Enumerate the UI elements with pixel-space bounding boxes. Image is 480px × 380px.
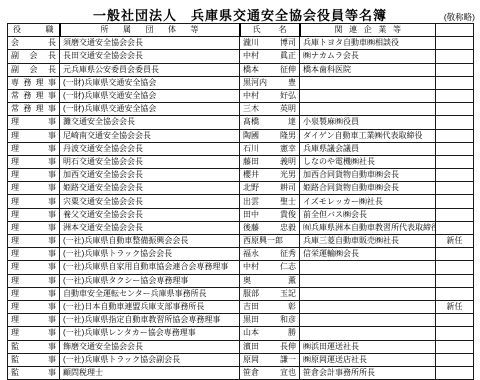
table-row: 専務理事 (一財)兵庫県交通安全協会 黒河内 豊 [8, 76, 474, 89]
roster-document: 一般社団法人 兵庫県交通安全協会役員等名簿 (敬称略) 役職 所属団体等 氏名 … [0, 0, 480, 380]
name-cell: 福永 征秀 [240, 248, 300, 261]
remark-cell [436, 195, 474, 208]
header-company: 関連企業等 [300, 24, 436, 37]
org-cell: 尼崎南交通安全協会会長 [60, 129, 240, 142]
role-cell: 理事 [8, 116, 60, 129]
remark-cell [436, 63, 474, 76]
remark-cell: 新任 [436, 300, 474, 313]
remark-cell [436, 76, 474, 89]
remark-cell [436, 274, 474, 287]
company-cell: イズモレッカー㈱社長 [300, 195, 436, 208]
name-cell: 濱田 長伸 [240, 340, 300, 353]
role-cell: 監事 [8, 366, 60, 379]
org-cell: 明石交通安全協会会長 [60, 155, 240, 168]
surname: 出雲 [243, 196, 259, 208]
company-cell: ㈲兵庫県洲本自動車教習所代表取締役 [300, 221, 436, 234]
officer-roster-table: 役職 所属団体等 氏名 関連企業等 会長 須磨交通安全協会会長 瀧川 博司 兵庫… [7, 23, 474, 380]
given-name: 憲幸 [280, 143, 296, 155]
header-name: 氏名 [240, 24, 300, 37]
org-cell: 元兵庫県公安委員会委員長 [60, 63, 240, 76]
company-cell: ダイゲン自動車工業㈱代表取締役 [300, 129, 436, 142]
table-row: 副会長 元兵庫県公安委員会委員長 橋本 征伸 橋本歯科医院 [8, 63, 474, 76]
given-name: 勝 [288, 327, 296, 339]
given-name: 英明 [280, 103, 296, 115]
org-cell: (一社)兵庫県自動車整備振興会会長 [60, 235, 240, 248]
role-cell: 理事 [8, 261, 60, 274]
surname: 髙橋 [243, 116, 259, 128]
surname: 藤田 [243, 156, 259, 168]
name-cell: 吉田 彰 [240, 300, 300, 313]
name-cell: 中村 好弘 [240, 89, 300, 102]
role-cell: 監事 [8, 353, 60, 366]
org-cell: (一社)日本自動車連盟兵庫支部事務所長 [60, 300, 240, 313]
company-cell [300, 274, 436, 287]
given-name: 宣也 [280, 367, 296, 379]
remark-cell [436, 353, 474, 366]
header-row: 役職 所属団体等 氏名 関連企業等 [8, 24, 474, 37]
role-cell: 理事 [8, 300, 60, 313]
surname: 櫻井 [243, 169, 259, 181]
surname: 橋本 [243, 64, 259, 76]
given-name: 耕司 [280, 182, 296, 194]
table-row: 理事 (一社)日本自動車連盟兵庫支部事務所長 吉田 彰 新任 [8, 300, 474, 313]
surname: 服部 [243, 288, 259, 300]
table-row: 理事 姫路交通安全協会会長 北野 耕司 姫路合同貨物自動車㈱会長 [8, 182, 474, 195]
surname: 黒田 [243, 314, 259, 326]
surname: 三木 [243, 103, 259, 115]
name-cell: 橋本 征伸 [240, 63, 300, 76]
surname: 後藤 [243, 222, 259, 234]
company-cell [300, 327, 436, 340]
given-name: 和彦 [280, 314, 296, 326]
header-org: 所属団体等 [60, 24, 240, 37]
table-row: 理事 (一社)兵庫県タクシー協会専務理事 奥 薫 [8, 274, 474, 287]
company-cell [300, 261, 436, 274]
remark-cell [436, 221, 474, 234]
given-name: 光男 [280, 169, 296, 181]
remark-cell [436, 155, 474, 168]
org-cell: 顧問税理士 [60, 366, 240, 379]
org-cell: (一社)兵庫県タクシー協会専務理事 [60, 274, 240, 287]
surname: 奥 [243, 275, 251, 287]
org-cell: (一財)兵庫県交通安全協会 [60, 103, 240, 116]
org-cell: (一社)兵庫県トラック協会会長 [60, 248, 240, 261]
table-row: 理事 明石交通安全協会会長 藤田 義明 しなのや電機㈱社長 [8, 155, 474, 168]
org-cell: 姫路交通安全協会会長 [60, 182, 240, 195]
company-cell: しなのや電機㈱社長 [300, 155, 436, 168]
remark-cell: 新任 [436, 235, 474, 248]
role-cell: 理事 [8, 327, 60, 340]
surname: 笹倉 [243, 367, 259, 379]
role-cell: 会長 [8, 37, 60, 50]
table-row: 監事 (一社)兵庫県トラック協会副会長 原岡 謙一 ㈱原岡運送店社長 [8, 353, 474, 366]
org-cell: (一社)兵庫県レンタカー協会専務理事 [60, 327, 240, 340]
org-cell: (一社)兵庫県自家用自動車協会連合会専務理事 [60, 261, 240, 274]
given-name: 仁志 [280, 261, 296, 273]
surname: 石川 [243, 143, 259, 155]
table-row: 理事 (一社)兵庫県指定自動車教習所協会専務理事 黒田 和彦 [8, 314, 474, 327]
given-name: 博司 [280, 37, 296, 49]
table-row: 理事 (一社)兵庫県自家用自動車協会連合会専務理事 中村 仁志 [8, 261, 474, 274]
roster-body: 会長 須磨交通安全協会会長 瀧川 博司 兵庫トヨタ自動車㈱相談役 副会長 長田交… [8, 37, 474, 380]
surname: 吉田 [243, 301, 259, 313]
table-row: 常務理事 (一財)兵庫県交通安全協会 中村 好弘 [8, 89, 474, 102]
table-row: 理事 丹波交通安全協会会長 石川 憲幸 兵庫県議会議員 [8, 142, 474, 155]
table-row: 理事 加西交通安全協会会長 櫻井 光男 加西合同貨物自動車㈱会長 [8, 169, 474, 182]
company-cell: ㈱原岡運送店社長 [300, 353, 436, 366]
org-cell: 丹波交通安全協会会長 [60, 142, 240, 155]
role-cell: 理事 [8, 235, 60, 248]
name-cell: 櫻井 光男 [240, 169, 300, 182]
given-name: 征伸 [280, 64, 296, 76]
remark-cell [436, 248, 474, 261]
company-cell [300, 76, 436, 89]
surname: 瀧川 [243, 37, 259, 49]
org-cell: (一社)兵庫県トラック協会副会長 [60, 353, 240, 366]
role-cell: 監事 [8, 340, 60, 353]
name-cell: 陶國 隆男 [240, 129, 300, 142]
table-row: 理事 養父交通安全協会会長 田中 貴俊 前全但バス㈱会長 [8, 208, 474, 221]
org-cell: 洲本交通安全協会会長 [60, 221, 240, 234]
remark-cell [436, 50, 474, 63]
company-cell [300, 89, 436, 102]
role-cell: 理事 [8, 129, 60, 142]
header-role: 役職 [8, 24, 60, 37]
table-row: 理事 (一社)兵庫県トラック協会会長 福永 征秀 信栄運輸㈱会長 [8, 248, 474, 261]
given-name: 謙一 [280, 354, 296, 366]
given-name: 玉記 [280, 288, 296, 300]
company-cell [300, 300, 436, 313]
table-row: 理事 尼崎南交通安全協会会長 陶國 隆男 ダイゲン自動車工業㈱代表取締役 [8, 129, 474, 142]
remark-cell [436, 169, 474, 182]
org-cell: 須磨交通安全協会会長 [60, 37, 240, 50]
table-row: 常務理事 (一財)兵庫県交通安全協会 三木 英明 [8, 103, 474, 116]
role-cell: 理事 [8, 195, 60, 208]
company-cell: 橋本歯科医院 [300, 63, 436, 76]
role-cell: 理事 [8, 155, 60, 168]
company-cell: 前全但バス㈱会長 [300, 208, 436, 221]
company-cell: 姫路合同貨物自動車㈱会長 [300, 182, 436, 195]
role-cell: 理事 [8, 314, 60, 327]
role-cell: 理事 [8, 142, 60, 155]
company-cell [300, 314, 436, 327]
given-name: 好弘 [280, 90, 296, 102]
surname: 中村 [243, 50, 259, 62]
company-cell: 兵庫トヨタ自動車㈱相談役 [300, 37, 436, 50]
name-cell: 瀧川 博司 [240, 37, 300, 50]
role-cell: 常務理事 [8, 89, 60, 102]
org-cell: 灘交通安全協会会長 [60, 116, 240, 129]
table-row: 理事 (一社)兵庫県レンタカー協会専務理事 山本 勝 [8, 327, 474, 340]
company-cell: ㈱ナカムラ会長 [300, 50, 436, 63]
remark-cell [436, 287, 474, 300]
role-cell: 副会長 [8, 63, 60, 76]
name-cell: 三木 英明 [240, 103, 300, 116]
surname: 中村 [243, 261, 259, 273]
name-cell: 西原興一郎 [240, 235, 300, 248]
org-cell: (一財)兵庫県交通安全協会 [60, 76, 240, 89]
remark-cell [436, 182, 474, 195]
org-cell: 宍粟交通安全協会会長 [60, 195, 240, 208]
table-row: 副会長 長田交通安全協会会長 中村 眞正 ㈱ナカムラ会長 [8, 50, 474, 63]
remark-cell [436, 340, 474, 353]
company-cell: 加西合同貨物自動車㈱会長 [300, 169, 436, 182]
surname: 北野 [243, 182, 259, 194]
name-cell: 原岡 謙一 [240, 353, 300, 366]
given-name: 貴俊 [280, 209, 296, 221]
org-cell: (一社)兵庫県指定自動車教習所協会専務理事 [60, 314, 240, 327]
org-cell: 飾磨交通安全協会会長 [60, 340, 240, 353]
role-cell: 副会長 [8, 50, 60, 63]
page-title: 一般社団法人 兵庫県交通安全協会役員等名簿 [0, 5, 480, 24]
remark-cell [436, 327, 474, 340]
table-row: 監事 顧問税理士 笹倉 宣也 笹倉会計事務所所長 [8, 366, 474, 379]
honorific-note: (敬称略) [444, 11, 475, 23]
org-cell: 自動車安全運転センター兵庫県事務所長 [60, 287, 240, 300]
name-cell: 中村 仁志 [240, 261, 300, 274]
given-name: 達 [288, 116, 296, 128]
company-cell: ㈱浜田運送社長 [300, 340, 436, 353]
company-cell [300, 103, 436, 116]
role-cell: 理事 [8, 182, 60, 195]
org-cell: 長田交通安全協会会長 [60, 50, 240, 63]
name-cell: 服部 玉記 [240, 287, 300, 300]
remark-cell [436, 37, 474, 50]
surname: 黒河内 [243, 77, 267, 89]
remark-cell [436, 366, 474, 379]
role-cell: 理事 [8, 248, 60, 261]
table-row: 理事 洲本交通安全協会会長 後藤 忠毅 ㈲兵庫県洲本自動車教習所代表取締役 [8, 221, 474, 234]
company-cell: 兵庫県議会議員 [300, 142, 436, 155]
role-cell: 理事 [8, 208, 60, 221]
given-name: 義明 [280, 156, 296, 168]
surname: 西原興一郎 [243, 235, 283, 247]
surname: 濱田 [243, 341, 259, 353]
remark-cell [436, 261, 474, 274]
role-cell: 理事 [8, 169, 60, 182]
name-cell: 後藤 忠毅 [240, 221, 300, 234]
given-name: 薫 [288, 275, 296, 287]
table-row: 監事 飾磨交通安全協会会長 濱田 長伸 ㈱浜田運送社長 [8, 340, 474, 353]
company-cell: 笹倉会計事務所所長 [300, 366, 436, 379]
remark-cell [436, 103, 474, 116]
name-cell: 出雲 聖士 [240, 195, 300, 208]
table-row: 理事 灘交通安全協会会長 髙橋 達 小泉製麻㈱役員 [8, 116, 474, 129]
role-cell: 理事 [8, 287, 60, 300]
given-name: 隆男 [280, 130, 296, 142]
company-cell [300, 287, 436, 300]
surname: 福永 [243, 248, 259, 260]
company-cell: 信栄運輸㈱会長 [300, 248, 436, 261]
remark-cell [436, 142, 474, 155]
table-row: 会長 須磨交通安全協会会長 瀧川 博司 兵庫トヨタ自動車㈱相談役 [8, 37, 474, 50]
role-cell: 理事 [8, 221, 60, 234]
name-cell: 笹倉 宣也 [240, 366, 300, 379]
name-cell: 田中 貴俊 [240, 208, 300, 221]
name-cell: 髙橋 達 [240, 116, 300, 129]
role-cell: 常務理事 [8, 103, 60, 116]
name-cell: 黒河内 豊 [240, 76, 300, 89]
given-name: 彰 [288, 301, 296, 313]
org-cell: 養父交通安全協会会長 [60, 208, 240, 221]
name-cell: 藤田 義明 [240, 155, 300, 168]
name-cell: 中村 眞正 [240, 50, 300, 63]
company-cell: 小泉製麻㈱役員 [300, 116, 436, 129]
role-cell: 専務理事 [8, 76, 60, 89]
given-name: 征秀 [280, 248, 296, 260]
company-cell: 兵庫三菱自動車販売㈱社長 [300, 235, 436, 248]
surname: 陶國 [243, 130, 259, 142]
surname: 原岡 [243, 354, 259, 366]
header-remark [436, 24, 474, 37]
table-row: 理事 (一社)兵庫県自動車整備振興会会長 西原興一郎 兵庫三菱自動車販売㈱社長 … [8, 235, 474, 248]
remark-cell [436, 314, 474, 327]
given-name: 眞正 [280, 50, 296, 62]
name-cell: 山本 勝 [240, 327, 300, 340]
name-cell: 奥 薫 [240, 274, 300, 287]
table-row: 理事 宍粟交通安全協会会長 出雲 聖士 イズモレッカー㈱社長 [8, 195, 474, 208]
given-name: 忠毅 [280, 222, 296, 234]
remark-cell [436, 208, 474, 221]
remark-cell [436, 129, 474, 142]
name-cell: 北野 耕司 [240, 182, 300, 195]
given-name: 長伸 [280, 341, 296, 353]
surname: 山本 [243, 327, 259, 339]
surname: 中村 [243, 90, 259, 102]
org-cell: 加西交通安全協会会長 [60, 169, 240, 182]
remark-cell [436, 89, 474, 102]
remark-cell [436, 116, 474, 129]
table-row: 理事 自動車安全運転センター兵庫県事務所長 服部 玉記 [8, 287, 474, 300]
name-cell: 石川 憲幸 [240, 142, 300, 155]
given-name: 豊 [288, 77, 296, 89]
surname: 田中 [243, 209, 259, 221]
name-cell: 黒田 和彦 [240, 314, 300, 327]
role-cell: 理事 [8, 274, 60, 287]
given-name: 聖士 [280, 196, 296, 208]
org-cell: (一財)兵庫県交通安全協会 [60, 89, 240, 102]
